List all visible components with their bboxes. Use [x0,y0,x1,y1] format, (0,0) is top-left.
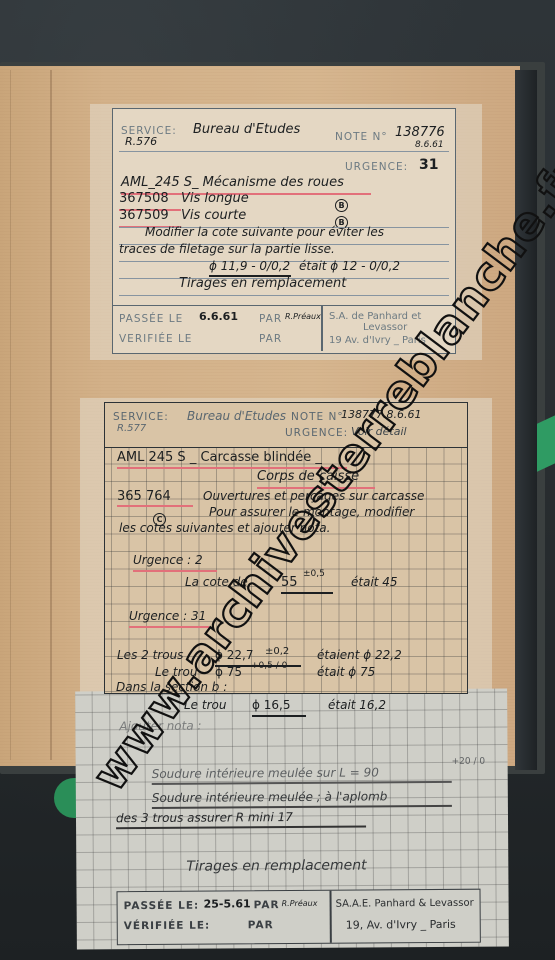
trou2-prefix: Le trou [184,698,226,712]
card-footer: PASSÉE LE: 25-5.61 PAR R.Préaux VÉRIFIÉE… [116,889,480,946]
card-2-continuation: Dans la section b : Le trou ϕ 16,5 était… [80,680,500,724]
rule-line [119,295,449,296]
nota-line: Soudure intérieure meulée ; à l'aplomb [152,789,388,805]
page-fold-line [10,70,11,760]
urgence-label: URGENCE: [285,427,348,439]
part-title: AML 245 S _ Carcasse blindée _ [117,450,322,465]
cote-was: était 45 [351,575,398,589]
urgence-label: URGENCE: [345,161,408,173]
page-fold-line [50,70,52,760]
cote-prefix: La cote de [185,575,248,589]
urgence-value: Voir détail [351,425,407,438]
body-line: les cotes suivantes et ajouter nota. [119,521,330,535]
note-number: 138776 [395,125,445,140]
note-date: 8.6.61 [415,140,444,150]
nota-tolerance: +20 / 0 [452,757,486,767]
underline [152,805,452,809]
item-number: 367508 [119,191,169,206]
par-label: PAR [259,313,282,325]
passee-date: 6.6.61 [199,310,238,323]
verifiee-par-label: PAR [248,919,274,931]
urgence-group-label: Urgence : 31 [129,609,206,623]
cote-value: 55 [281,575,298,590]
urgence-value: 31 [419,157,438,173]
underline [252,715,306,717]
body-line: Pour assurer le montage, modifier [209,505,414,519]
part-title: AML_245 S_ Mécanisme des roues [121,175,344,190]
underline [152,781,452,785]
trou-value: ϕ 75 [215,665,242,679]
nota-line: Soudure intérieure meulée sur L = 90 [152,765,379,781]
item-name: Ouvertures et perçages sur carcasse [203,489,424,503]
passee-by: R.Préaux [285,312,321,321]
passee-date: 25-5.61 [204,897,251,910]
passee-label: PASSÉE LE: [124,900,200,913]
passee-by: R.Préaux [282,899,318,908]
item-number: 367509 [119,208,169,223]
red-underline [129,626,209,628]
card-footer-divider [113,305,455,306]
modification-note-card-1: SERVICE: Bureau d'Etudes R.576 NOTE N° 1… [112,108,456,354]
section-line: Dans la section b : [116,680,227,694]
part-subtitle: Corps de caisse [257,469,359,484]
company-line: SA.A.E. Panhard & Levassor [336,898,474,910]
body-line: traces de filetage sur la partie lisse. [119,242,335,256]
trou-tolerance: +0,5 / 0 [251,661,287,671]
reference: R.576 [125,135,157,148]
company-line: Levassor [363,322,407,333]
nota-line: des 3 trous assurer R mini 17 [116,810,293,825]
body-line: Modifier la cote suivante pour éviter le… [145,225,384,239]
spec-old: était ϕ 12 - 0/0,2 [299,259,400,273]
passee-label: PASSÉE LE [119,313,183,325]
spec-new: ϕ 11,9 - 0/0,2 [209,259,290,273]
trou-prefix: Le trou [155,665,197,679]
underline [281,592,333,594]
service-value: Bureau d'Etudes [193,122,300,137]
service-value: Bureau d'Etudes [187,409,286,423]
trous-prefix: Les 2 trous [117,648,183,662]
trous-value: ϕ 22,7 [215,648,253,662]
rule-line [119,151,449,152]
cote-tolerance: ±0,5 [303,569,325,579]
company-line: 19, Av. d'Ivry _ Paris [346,918,456,932]
card-header: SERVICE: Bureau d'Etudes R.577 NOTE N° 1… [105,403,467,448]
trou2-value: ϕ 16,5 [252,698,290,712]
company-line: S.A. de Panhard et [329,311,421,322]
company-line: 19 Av. d'Ivry _ Paris [329,335,426,346]
note-number-label: NOTE N° [335,131,388,143]
modification-note-card-2: SERVICE: Bureau d'Etudes R.577 NOTE N° 1… [104,402,468,694]
urgence-group-label: Urgence : 2 [133,553,203,567]
verifiee-label: VÉRIFIÉE LE: [124,920,211,933]
verifiee-par-label: PAR [259,333,282,345]
red-underline [133,570,217,572]
footer-divider [321,305,323,351]
underline [116,825,366,828]
verifiee-label: VERIFIÉE LE [119,333,192,345]
footer-divider [330,891,332,943]
trous-tolerance: ±0,2 [265,646,289,657]
service-label: SERVICE: [113,411,169,423]
item-name: Vis courte [181,208,246,223]
par-label: PAR [254,899,280,911]
tirages-note: Tirages en remplacement [186,857,366,874]
reference: R.577 [117,423,146,434]
modification-note-card-continuation: Ajouter nota : Soudure intérieure meulée… [75,688,509,949]
item-number: 365 764 [117,489,171,504]
note-number: 138777.8.6.61 [341,408,421,421]
tirages-note: Tirages en remplacement [179,276,346,291]
item-name: Vis longue [181,191,249,206]
note-number-label: NOTE N° [291,411,344,423]
trou2-was: était 16,2 [328,698,386,712]
trous-was: étaient ϕ 22,2 [317,648,402,662]
binder-spine [515,70,537,770]
trou-was: était ϕ 75 [317,665,375,679]
